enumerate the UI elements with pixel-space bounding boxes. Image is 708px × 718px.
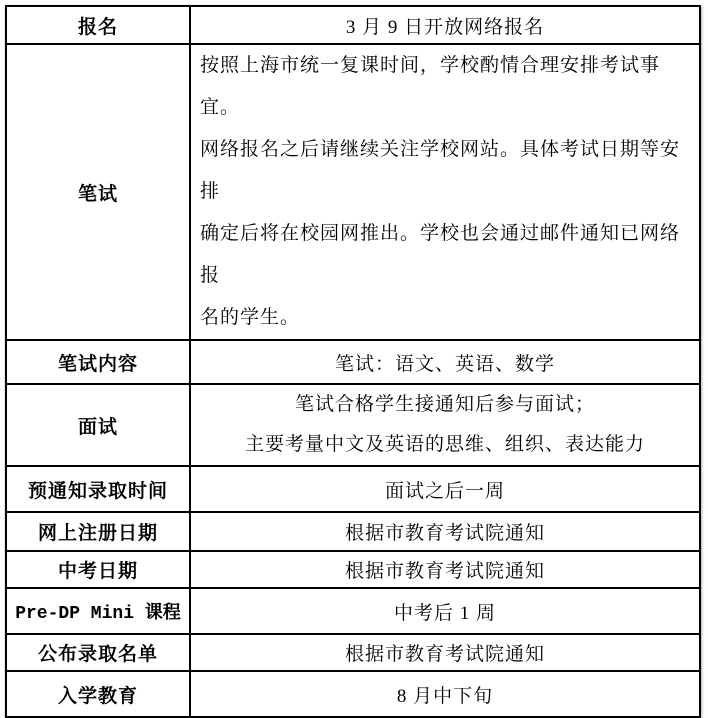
row-label: 中考日期 [6, 551, 190, 588]
row-label: 网上注册日期 [6, 512, 190, 551]
value-line: 名的学生。 [200, 297, 690, 339]
row-value: 根据市教育考试院通知 [190, 512, 700, 551]
row-label: 报名 [6, 6, 190, 44]
row-label: 入学教育 [6, 671, 190, 717]
row-label: 预通知录取时间 [6, 466, 190, 512]
value-line: 主要考量中文及英语的思维、组织、表达能力 [191, 425, 699, 465]
table-row-zhongkao-date: 中考日期 根据市教育考试院通知 [6, 551, 700, 588]
table-row-admission-list: 公布录取名单 根据市教育考试院通知 [6, 634, 700, 671]
row-value: 根据市教育考试院通知 [190, 551, 700, 588]
table-row-entrance-education: 入学教育 8 月中下旬 [6, 671, 700, 717]
row-value: 笔试：语文、英语、数学 [190, 340, 700, 384]
row-value: 8 月中下旬 [190, 671, 700, 717]
value-line: 网络报名之后请继续关注学校网站。具体考试日期等安排 [200, 129, 690, 213]
value-line: 按照上海市统一复课时间，学校酌情合理安排考试事宜。 [200, 45, 690, 129]
row-label: 公布录取名单 [6, 634, 190, 671]
row-value: 中考后 1 周 [190, 588, 700, 634]
table-row-written-exam: 笔试 按照上海市统一复课时间，学校酌情合理安排考试事宜。 网络报名之后请继续关注… [6, 44, 700, 340]
row-label: Pre-DP Mini 课程 [6, 588, 190, 634]
table-row-online-registration-date: 网上注册日期 根据市教育考试院通知 [6, 512, 700, 551]
value-line: 确定后将在校园网推出。学校也会通过邮件通知已网络报 [200, 213, 690, 297]
table-row-pre-dp-mini-course: Pre-DP Mini 课程 中考后 1 周 [6, 588, 700, 634]
table-row-registration: 报名 3 月 9 日开放网络报名 [6, 6, 700, 44]
row-value: 按照上海市统一复课时间，学校酌情合理安排考试事宜。 网络报名之后请继续关注学校网… [190, 44, 700, 340]
row-value: 3 月 9 日开放网络报名 [190, 6, 700, 44]
row-label: 笔试内容 [6, 340, 190, 384]
table-body: 报名 3 月 9 日开放网络报名 笔试 按照上海市统一复课时间，学校酌情合理安排… [6, 6, 700, 717]
row-value: 面试之后一周 [190, 466, 700, 512]
row-label: 笔试 [6, 44, 190, 340]
table-row-pre-admission-notice: 预通知录取时间 面试之后一周 [6, 466, 700, 512]
row-value: 笔试合格学生接通知后参与面试； 主要考量中文及英语的思维、组织、表达能力 [190, 384, 700, 466]
table-row-written-exam-content: 笔试内容 笔试：语文、英语、数学 [6, 340, 700, 384]
row-value: 根据市教育考试院通知 [190, 634, 700, 671]
row-label: 面试 [6, 384, 190, 466]
value-line: 笔试合格学生接通知后参与面试； [191, 385, 699, 425]
admission-schedule-table: 报名 3 月 9 日开放网络报名 笔试 按照上海市统一复课时间，学校酌情合理安排… [5, 5, 701, 718]
table-row-interview: 面试 笔试合格学生接通知后参与面试； 主要考量中文及英语的思维、组织、表达能力 [6, 384, 700, 466]
